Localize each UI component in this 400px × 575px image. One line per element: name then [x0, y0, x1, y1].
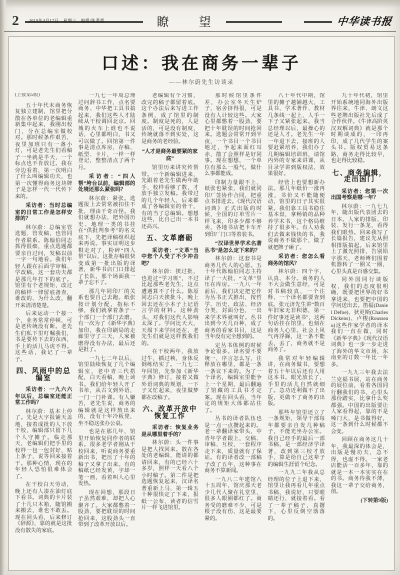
question-line: 采访者：您怎么看商务的馆风？	[268, 254, 325, 267]
article-frame: 口述：我在商务一辈子 ——林尔蔚先生访谈录 (上接第5版)五十年代末商务恢复独立…	[8, 36, 395, 571]
body-paragraph: 一九七一年周总理过问辞书工作，点名要商务、中华把工具书搞起来，我们这些人才陆续从…	[78, 93, 135, 171]
body-paragraph: 八十年代中期，馆里的摊子越铺越大，工具书、学术著作、教材几条线一起上，人手一下子…	[268, 93, 325, 178]
question-line: 采访者：一九六六年以后，总编室还能正常工作吗？	[15, 387, 72, 407]
section-heading: 七、商务编辑，走出国门	[331, 171, 388, 184]
body-paragraph: 林尔蔚：这套书是商务几代人的心愿。五十年代陈翰伯同志主持译了一大批，“文革”里压…	[205, 256, 262, 341]
page-top-shadow	[0, 0, 400, 8]
column-1: (上接第5版)五十年代末商务恢复独立建制，馆里把分散在各单位的老编辑重新集中起来…	[15, 93, 72, 566]
body-paragraph: 九十年代初，馆里开始系统地同海外出版界往来，牛津、朗文这些老牌出版社先后成了合作…	[331, 93, 388, 165]
section-title: 瞭 望	[157, 13, 220, 30]
question-line: 采访者：恢复业务是从哪里着手的？	[141, 425, 198, 438]
body-paragraph: 回顾在商务这几十年，我最深的体会是，出版是慢功夫，急不得，也虚不得。一家老店能活…	[331, 437, 388, 496]
body-paragraph: 那时候馆里条件差，办公室冬天生炉子，宿舍挤得很，可是没有人计较这些。大家心里都憋…	[205, 93, 262, 178]
header-rule-right	[226, 21, 332, 23]
jump-marker: (下转第9版)	[331, 498, 388, 505]
body-paragraph: 定丛书体例的时候争论很多。译名要不要统一，序言怎么写，注释放在哪里，都是一条一条…	[205, 343, 262, 415]
question-line: “汉译世界学术名著丛书”是怎么定下来的？	[205, 241, 262, 254]
rule-gap	[282, 20, 304, 23]
body-paragraph: 林尔蔚：总编室管选题、管发稿，也管同作者联系。陈翰伯同志抓得很细，重点选题都要亲…	[15, 225, 72, 310]
page-number: 2	[12, 15, 19, 29]
question-line: 采访者：“四人帮”垮台以前，编辑部的处境还那么紧张吗？	[78, 174, 135, 194]
header-underline	[4, 31, 396, 32]
header-rule-left: 2019年4月17日 星期三 编辑/陈菁霞	[25, 21, 143, 23]
question-line: 采访者：当时总编室的日常工作是怎样安排的？	[15, 203, 72, 223]
body-paragraph: 一九九二年我从总经理的位子上退下来，馆里让我再看几年重点书稿，我说好，只要眼睛还…	[268, 470, 325, 522]
body-paragraph: 林尔蔚：四个字，认真、本分。商务的人不大会做生意经，可是对书稿较真，一个注释、一…	[268, 269, 325, 354]
newspaper-page: 2 2019年4月17日 星期三 编辑/陈菁霞 瞭 望 中华读书报 口述：我在商…	[0, 0, 400, 575]
body-paragraph: 我常对年轻编辑讲，在商务做书，要想着五十年以后还有人用这本书。眼光放长了，手里的…	[268, 356, 325, 408]
body-paragraph: 印制力量跟不上，纸张也紧张，我们就同印厂签协作合同，把重点书排进去。《现代汉语词…	[205, 180, 262, 239]
body-paragraph: 一九八二年建馆八十五周年，馆庆那天老少几代人聚在礼堂里，很多人眼圈都红了。商务受…	[205, 477, 262, 523]
body-paragraph: 在干校白天劳动，晚上还有人凑在油灯底下看书。词典的卡片装了十几只木箱，随馆搬来搬…	[15, 482, 72, 534]
body-paragraph: 林尔蔚：头一件事是把人找回来。散在各处的老编辑，能请的都请回来，有的已经六十多岁…	[141, 440, 198, 512]
body-paragraph: 后来运动一个接一个，业务常常停顿，可是老传统没有断。老先生们私下里叮嘱我们，书是…	[15, 311, 72, 363]
column-6: 九十年代初，馆里开始系统地同海外出版界往来，牛津、朗文这些老牌出版社先后成了合作…	[331, 93, 388, 566]
body-paragraph: 同外国同行谈版权，我们的态度很明确，既要把世界的好书拿进来，也要把中国的学问送出…	[331, 277, 388, 368]
article-title: 口述：我在商务一辈子	[15, 49, 388, 74]
question-line: 采访者：您第一次出国考察是哪一年？	[331, 189, 388, 202]
body-paragraph: 一九七二年以后，馆里陆续恢复了几个编辑室，老中青三代搭配，白天看稿，晚上读书。我…	[78, 356, 135, 428]
article-columns: (上接第5版)五十年代末商务恢复独立建制，馆里把分散在各单位的老编辑重新集中起来…	[15, 93, 388, 566]
body-paragraph: 林尔蔚：挨过批，也进过“学习班”，不过比起那些老先生，这点遭遇算不了什么。陈原同…	[141, 269, 198, 347]
body-paragraph: 经营上也要想新办法。那几年纸价一涨再涨，书价又不能随便动，馆里的日子其实很紧。我…	[268, 180, 325, 252]
column-3: 老编辑有个习惯，改完的稿子都留着底。这个办法后来写进工作条例，成了馆里的制度。制…	[141, 93, 198, 566]
section-heading: 五、文革磨砺	[141, 236, 198, 243]
body-paragraph: 林尔蔚：紧张。选题报上去常常被扣住不批，理由千奇百怪。我们就想办法，把外国历史、…	[78, 196, 135, 287]
section-heading: 四、风雨中的总编室	[15, 369, 72, 382]
article-subtitle: ——林尔蔚先生访谈录	[15, 78, 388, 86]
column-2: 一九七一年周总理过问辞书工作，点名要商务、中华把工具书搞起来，我们这些人才陆续从…	[78, 93, 135, 566]
body-paragraph: 一九九三年我去法兰克福书展，站在商务的展位前，看着各国同行翻我们的书，心里头那份…	[331, 370, 388, 435]
section-heading: 六、改革开放中恢复工作	[141, 407, 198, 420]
question-line: 采访者：“文革”当中您个人受了不少冲击吧？	[141, 248, 198, 268]
body-paragraph: 林尔蔚：一九七九年，随出版代表团去的日本。人家的排版、印装、发行一条龙，看得我们…	[331, 204, 388, 276]
body-paragraph: 林尔蔚：基本上停了。先是大字报铺天盖地，接着成批的人下放干校，编辑部只留下几个人…	[15, 409, 72, 481]
column-5: 八十年代中期，馆里的摊子越铺越大，工具书、学术著作、教材几条线一起上，人手一下子…	[268, 93, 325, 566]
body-paragraph: 馆里历来讲究传帮带。一个新编辑进来，先跟着老先生做两年助手，校样看够了数，才放手…	[141, 165, 198, 230]
body-paragraph: 也是在那几年，馆里开始恢复同作者的联系。很多老学者刚从干校回来，听说商务要重新出…	[78, 429, 135, 488]
body-paragraph: 五十年代末商务恢复独立建制，馆里把分散在各单位的老编辑重新集中起来，我刚出校门，…	[15, 103, 72, 201]
body-paragraph: 丛书的译者队伍也是一点一点攒起来的。老一辈翻译家带头，中青年学者跟上，交稿、审稿…	[205, 416, 262, 475]
page-gutter-shadow	[0, 0, 7, 575]
body-paragraph: 老编辑有个习惯，改完的稿子都留着底。这个办法后来写进工作条例，成了馆里的制度。制…	[141, 93, 198, 145]
body-paragraph: 现在回想，那段日子虽然艰难，却把人心聚齐了。大家都憋着一股劲，要把耽误的时间抢回…	[78, 490, 135, 529]
body-paragraph: 那些年馆里还立了一条规矩，领导干部每年都要亲自发几种稿子，不能光坐办公室。我自己…	[268, 410, 325, 469]
newspaper-masthead: 中华读书报	[336, 14, 393, 29]
continuation-marker: (上接第5版)	[15, 93, 72, 100]
page-header: 2 2019年4月17日 星期三 编辑/陈菁霞 瞭 望 中华读书报	[12, 13, 392, 30]
pull-quote: “人才是商务最要紧的家底”	[141, 149, 198, 162]
column-4: 那时候馆里条件差，办公室冬天生炉子，宿舍挤得很，可是没有人计较这些。大家心里都憋…	[205, 93, 262, 566]
body-paragraph: 那几年同印厂的关系也要自己去跑。纸张按计划分配，指标不够，我们就拿着条子一个部门…	[78, 289, 135, 354]
date-edition-line: 2019年4月17日 星期三 编辑/陈菁霞	[29, 18, 105, 24]
body-paragraph: 在干校两年，我放过牛，插过秧，身体反倒练结实了。一九七二年回馆，先参加《新华字典…	[141, 349, 198, 401]
